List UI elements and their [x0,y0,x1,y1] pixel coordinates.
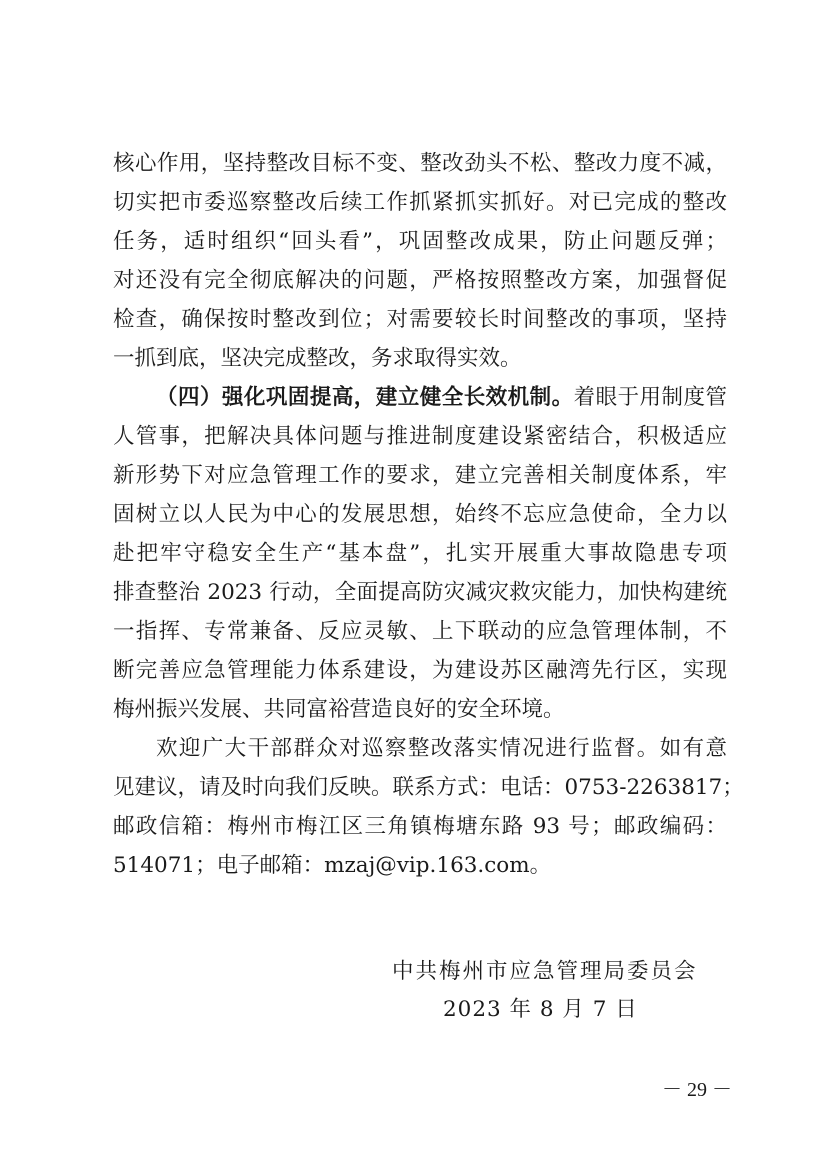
section-first-line-text: 着眼于用制度管 [574,385,727,410]
text-line: 任务，适时组织“回头看”，巩固整改成果，防止问题反弹； [113,228,727,256]
text-line: 一指挥、专常兼备、反应灵敏、上下联动的应急管理体制，不 [113,618,727,646]
text-line: 固树立以人民为中心的发展思想，始终不忘应急使命，全力以 [113,501,727,529]
text-line: 赴把牢守稳安全生产“基本盘”，扎实开展重大事故隐患专项 [113,540,727,568]
text-line: 核心作用，坚持整改目标不变、整改劲头不松、整改力度不减， [113,150,727,178]
text-line: 排查整治 2023 行动，全面提高防灾减灾救灾能力，加快构建统 [113,579,727,607]
document-page: 核心作用，坚持整改目标不变、整改劲头不松、整改力度不减， 切实把市委巡察整改后续… [0,0,827,1170]
contact-phone-line: 见建议，请及时向我们反映。联系方式：电话：0753-2263817； [113,774,727,802]
text-line: 断完善应急管理能力体系建设，为建设苏区融湾先行区，实现 [113,657,727,685]
text-line: 检查，确保按时整改到位；对需要较长时间整改的事项，坚持 [113,306,727,334]
signature-organization: 中共梅州市应急管理局委员会 [392,958,698,986]
text-line: 人管事，把解决具体问题与推进制度建设紧密结合，积极适应 [113,423,727,451]
page-number: － 29 － [662,1073,732,1102]
text-line: 切实把市委巡察整改后续工作抓紧抓实抓好。对已完成的整改 [113,189,727,217]
signature-date: 2023 年 8 月 7 日 [443,996,638,1024]
text-line: 欢迎广大干部群众对巡察整改落实情况进行监督。如有意 [156,735,727,763]
section-first-line: （四）强化巩固提高，建立健全长效机制。着眼于用制度管 [156,384,727,412]
text-line: 新形势下对应急管理工作的要求，建立完善相关制度体系，牢 [113,462,727,490]
text-line: 对还没有完全彻底解决的问题，严格按照整改方案，加强督促 [113,267,727,295]
section-heading: （四）强化巩固提高，建立健全长效机制。 [156,385,574,410]
text-line: 梅州振兴发展、共同富裕营造良好的安全环境。 [113,696,727,724]
text-line: 一抓到底，坚决完成整改，务求取得实效。 [113,345,727,373]
contact-address-line: 邮政信箱：梅州市梅江区三角镇梅塘东路 93 号；邮政编码： [113,813,727,841]
contact-email-line: 514071；电子邮箱：mzaj@vip.163.com。 [113,852,727,880]
